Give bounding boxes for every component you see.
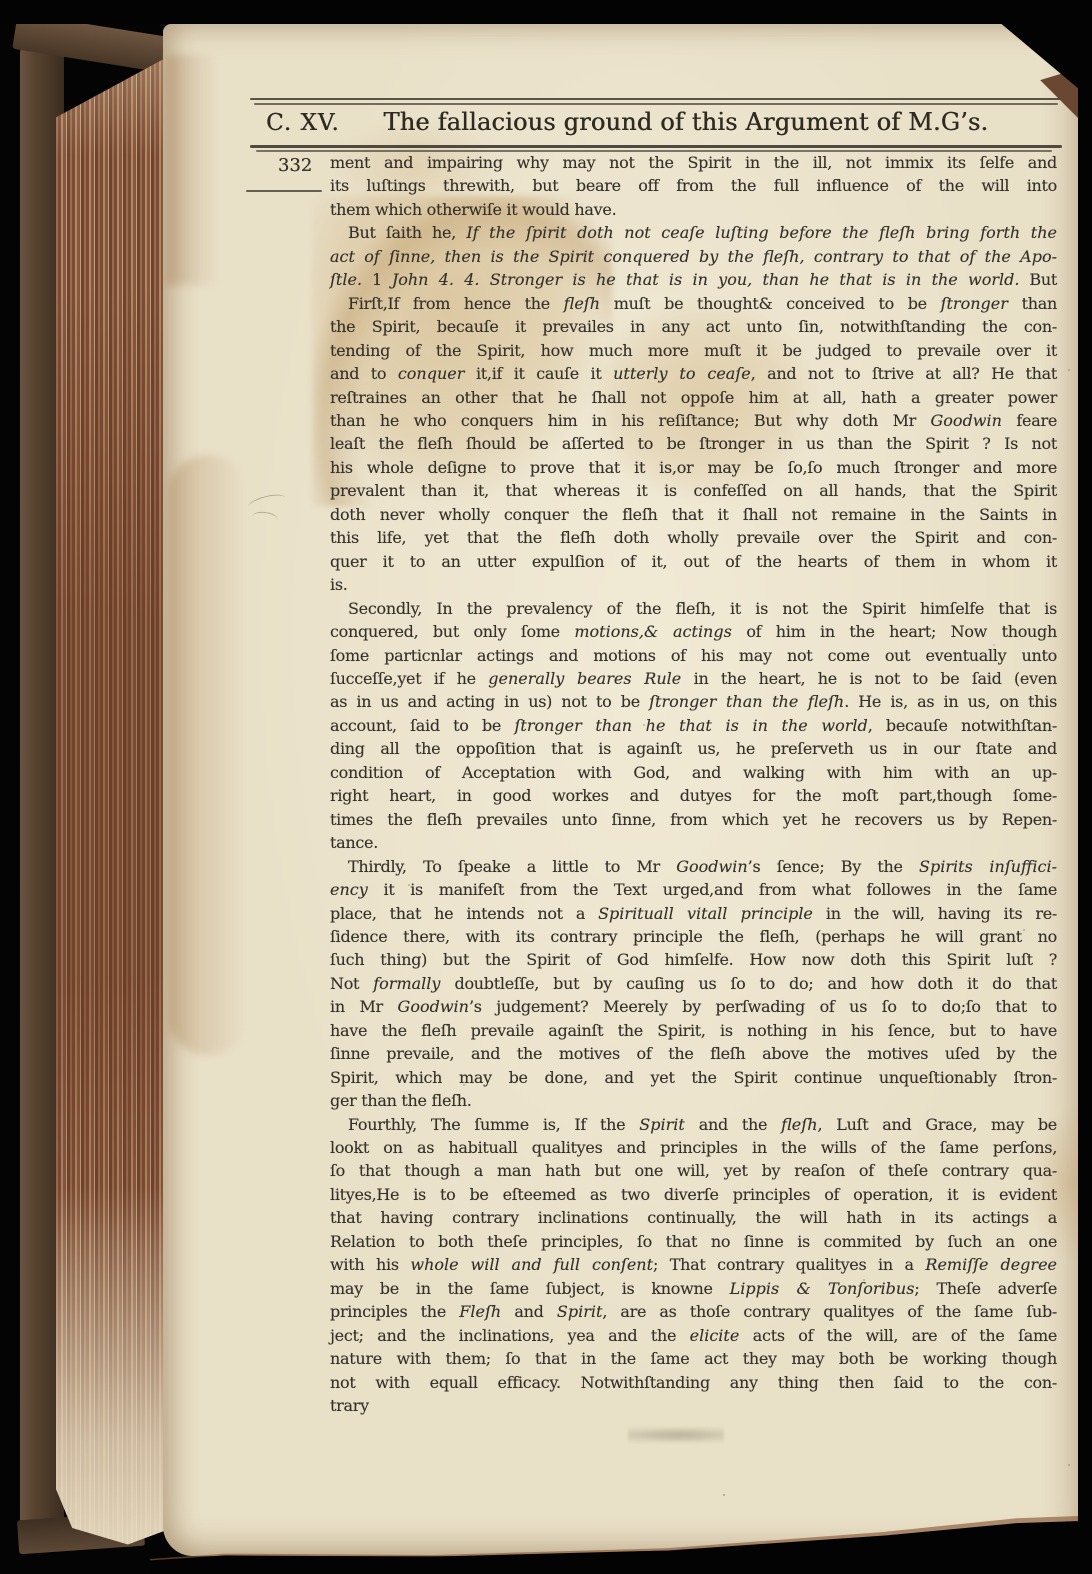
text-line: ment and impairing why may not the Spiri… [330, 151, 1057, 174]
scan-background-right [1078, 0, 1092, 1574]
text-line: act of ſinne, then is the Spirit conquer… [330, 245, 1057, 268]
text-line: the Spirit, becauſe it prevailes in any … [330, 315, 1057, 338]
text-line: ject; and the inclinations, yea and the … [330, 1324, 1057, 1347]
text-line: as in us and acting in us) not to be ſtr… [330, 690, 1057, 713]
scan-background-top [0, 0, 1092, 24]
text-line: conquered, but only ſome motions,& actin… [330, 620, 1057, 643]
text-line: and to conquer it,if it cauſe it utterly… [330, 362, 1057, 385]
page-title: The fallacious ground of this Argument o… [340, 108, 1062, 136]
text-line: tance. [330, 831, 1057, 854]
text-line: tending of the Spirit, how much more muſ… [330, 339, 1057, 362]
text-line: Firſt,If from hence the fleſh muſt be th… [330, 292, 1057, 315]
book-scan: C. XV. The fallacious ground of this Arg… [0, 0, 1092, 1574]
text-line: times the fleſh prevailes unto ſinne, fr… [330, 808, 1057, 831]
page-number: 332 [258, 155, 332, 176]
text-line: Relation to both theſe principles, ſo th… [330, 1230, 1057, 1253]
text-line: ger than the fleſh. [330, 1089, 1057, 1112]
show-through-signature [628, 1424, 724, 1446]
text-line: lookt on as habituall qualityes and prin… [330, 1136, 1057, 1159]
text-line: ſtle. 1 John 4. 4. Stronger is he that i… [330, 268, 1057, 291]
text-line: ſo that though a man hath but one will, … [330, 1159, 1057, 1182]
text-line: place, that he intends not a Spirituall … [330, 902, 1057, 925]
text-line: ſucceſſe,yet if he generally beares Rule… [330, 667, 1057, 690]
catchword: trary [330, 1394, 1057, 1417]
text-line: his whole deſigne to prove that it is,or… [330, 456, 1057, 479]
text-line: leaſt the fleſh ſhould be aſſerted to be… [330, 432, 1057, 455]
text-line: right heart, in good workes and dutyes f… [330, 784, 1057, 807]
text-line: its luſtings threwith, but beare off fro… [330, 174, 1057, 197]
text-line: may be in the ſame ſubject, is knowne Li… [330, 1277, 1057, 1300]
text-line: nature with them; ſo that in the ſame ac… [330, 1347, 1057, 1370]
text-line: is. [330, 573, 1057, 596]
chapter-label: C. XV. [266, 110, 340, 136]
header-rule-top-2 [254, 103, 1058, 105]
text-line: that having contrary inclinations contin… [330, 1206, 1057, 1229]
text-line: ſinne prevaile, and the motives of the f… [330, 1042, 1057, 1065]
text-line: ding all the oppoſition that is againſt … [330, 737, 1057, 760]
text-line: not with equall efficacy. Notwithſtandin… [330, 1371, 1057, 1394]
text-line: quer it to an utter expulſion of it, out… [330, 550, 1057, 573]
text-line: condition of Acceptation with God, and w… [330, 761, 1057, 784]
text-line: ſome particnlar actings and motions of h… [330, 644, 1057, 667]
text-line: with his whole will and full conſent; Th… [330, 1253, 1057, 1276]
paper-specks [163, 24, 165, 26]
text-line: have the fleſh prevaile againſt the Spir… [330, 1019, 1057, 1042]
text-line: than he who conquers him in his reſiſtan… [330, 409, 1057, 432]
text-line: ency it is manifeſt from the Text urged,… [330, 878, 1057, 901]
text-line: Spirit, which may be done, and yet the S… [330, 1066, 1057, 1089]
text-line: principles the Fleſh and Spirit, are as … [330, 1300, 1057, 1323]
text-line: in Mr Goodwin’s judgement? Meerely by pe… [330, 995, 1057, 1018]
text-line: lityes,He is to be eſteemed as two diver… [330, 1183, 1057, 1206]
page-number-rule [246, 190, 322, 192]
text-line: ſidence there, with its contrary princip… [330, 925, 1057, 948]
text-line: Thirdly, To ſpeake a little to Mr Goodwi… [330, 855, 1057, 878]
header-rule-bottom [250, 145, 1062, 148]
text-line: doth never wholly conquer the fleſh that… [330, 503, 1057, 526]
text-line: Fourthly, The ſumme is, If the Spirit an… [330, 1113, 1057, 1136]
header-rule-top [250, 98, 1062, 100]
text-line: them which otherwiſe it would have. [330, 198, 1057, 221]
text-line: reſtraines an other that he ſhall not op… [330, 386, 1057, 409]
text-line: this life, yet that the fleſh doth wholl… [330, 526, 1057, 549]
text-line: But ſaith he, If the ſpirit doth not cea… [330, 221, 1057, 244]
text-line: Not formally doubtleſſe, but by cauſing … [330, 972, 1057, 995]
body-text: ment and impairing why may not the Spiri… [330, 151, 1057, 1417]
text-line: account, ſaid to be ſtronger than he tha… [330, 714, 1057, 737]
text-line: Secondly, In the prevalency of the fleſh… [330, 597, 1057, 620]
text-line: ſuch thing) but the Spirit of God himſel… [330, 948, 1057, 971]
page-edges [56, 50, 172, 1546]
text-line: prevalent than it, that whereas it is co… [330, 479, 1057, 502]
